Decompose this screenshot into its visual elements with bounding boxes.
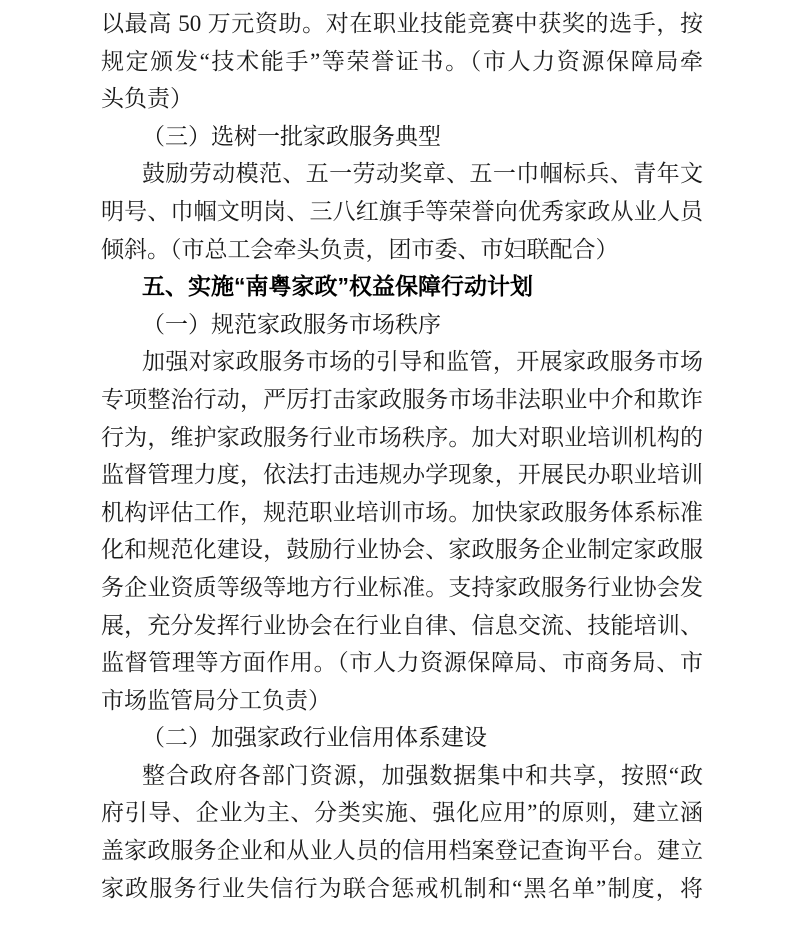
document-page: 以最高 50 万元资助。对在职业技能竞赛中获奖的选手，按规定颁发“技术能手”等荣… <box>0 0 788 930</box>
text-line: 盖家政服务企业和从业人员的信用档案登记查询平台。建立 <box>101 832 703 870</box>
sub-heading: （一）规范家政服务市场秩序 <box>101 306 703 344</box>
text-line: 展，充分发挥行业协会在行业自律、信息交流、技能培训、 <box>101 607 703 645</box>
text-line: 行为，维护家政服务行业市场秩序。加大对职业培训机构的 <box>101 419 703 457</box>
sub-heading: （三）选树一批家政服务典型 <box>101 118 703 156</box>
text-line: 家政服务行业失信行为联合惩戒机制和“黑名单”制度，将 <box>101 870 703 908</box>
text-line: 市场监管局分工负责） <box>101 682 703 720</box>
text-line: 府引导、企业为主、分类实施、强化应用”的原则，建立涵 <box>101 794 703 832</box>
text-line: 机构评估工作，规范职业培训市场。加快家政服务体系标准 <box>101 494 703 532</box>
text-line: 务企业资质等级等地方行业标准。支持家政服务行业协会发 <box>101 569 703 607</box>
text-line: 专项整治行动，严厉打击家政服务市场非法职业中介和欺诈 <box>101 381 703 419</box>
text-line: 加强对家政服务市场的引导和监管，开展家政服务市场 <box>101 343 703 381</box>
text-line: 监督管理力度，依法打击违规办学现象，开展民办职业培训 <box>101 456 703 494</box>
section-heading: 五、实施“南粤家政”权益保障行动计划 <box>101 268 703 306</box>
text-line: 规定颁发“技术能手”等荣誉证书。（市人力资源保障局牵 <box>101 43 703 81</box>
text-line: 监督管理等方面作用。（市人力资源保障局、市商务局、市 <box>101 644 703 682</box>
text-line: 头负责） <box>101 80 703 118</box>
text-line: 整合政府各部门资源，加强数据集中和共享，按照“政 <box>101 757 703 795</box>
sub-heading: （二）加强家政行业信用体系建设 <box>101 719 703 757</box>
text-line: 化和规范化建设，鼓励行业协会、家政服务企业制定家政服 <box>101 531 703 569</box>
text-line: 明号、巾帼文明岗、三八红旗手等荣誉向优秀家政从业人员 <box>101 193 703 231</box>
text-line: 鼓励劳动模范、五一劳动奖章、五一巾帼标兵、青年文 <box>101 155 703 193</box>
document-text-block: 以最高 50 万元资助。对在职业技能竞赛中获奖的选手，按规定颁发“技术能手”等荣… <box>101 5 703 907</box>
text-line: 倾斜。（市总工会牵头负责，团市委、市妇联配合） <box>101 231 703 269</box>
text-line: 以最高 50 万元资助。对在职业技能竞赛中获奖的选手，按 <box>101 5 703 43</box>
